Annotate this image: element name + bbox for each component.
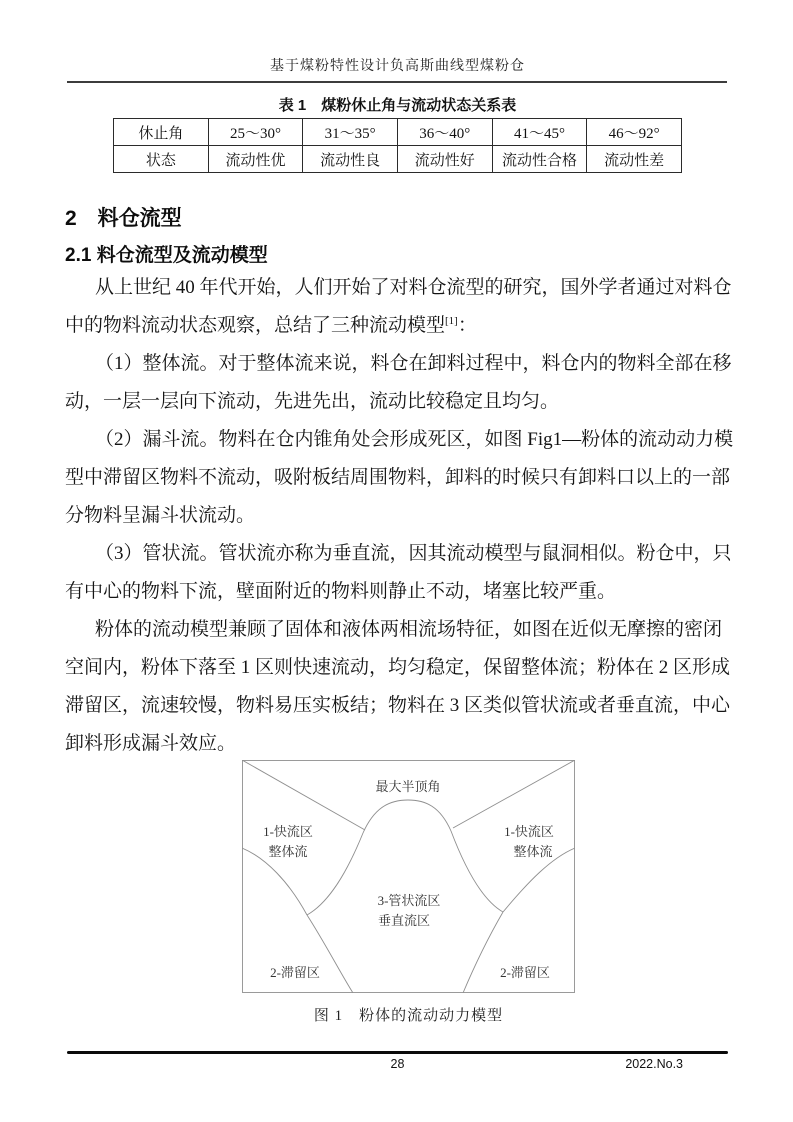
flow-model-svg: 最大半顶角 1-快流区 整体流 1-快流区 整体流 3-管状流区 垂直流区 2-… (242, 760, 575, 993)
zone1-left-label: 1-快流区 (263, 824, 313, 839)
body-line: 型中滞留区物料不流动，吸附板结周围物料，卸料的时候只有卸料口以上的一部 (65, 459, 745, 497)
body-line: 卸料形成漏斗效应。 (65, 725, 745, 763)
issue-label: 2022.No.3 (625, 1057, 683, 1071)
zone2-right-label: 2-滞留区 (500, 965, 550, 980)
body-line: （3）管状流。管状流亦称为垂直流，因其流动模型与鼠洞相似。粉仓中，只 (65, 535, 775, 573)
table-row: 状态 流动性优 流动性良 流动性好 流动性合格 流动性差 (114, 146, 682, 173)
zone3-sublabel: 垂直流区 (378, 913, 430, 928)
left-funnel-line (307, 915, 353, 993)
document-page: 基于煤粉特性设计负高斯曲线型煤粉仓 表 1 煤粉休止角与流动状态关系表 休止角 … (0, 0, 793, 1122)
body-line: 有中心的物料下流，壁面附近的物料则静止不动，堵塞比较严重。 (65, 573, 745, 611)
table-cell: 31～35° (303, 119, 398, 146)
footer-rule (67, 1051, 728, 1054)
section-heading-2: 2 料仓流型 (65, 202, 730, 232)
body-line: （1）整体流。对于整体流来说，料仓在卸料过程中，料仓内的物料全部在移 (65, 345, 775, 383)
body-line: 中的物料流动状态观察，总结了三种流动模型[1]： (65, 307, 745, 345)
body-line: 从上世纪 40 年代开始，人们开始了对料仓流型的研究，国外学者通过对料仓 (65, 269, 775, 307)
table1-title: 表 1 煤粉休止角与流动状态关系表 (65, 94, 730, 115)
table-cell: 休止角 (114, 119, 209, 146)
figure-border (243, 761, 575, 993)
apex-angle-label: 最大半顶角 (375, 779, 440, 794)
right-top-diagonal (453, 760, 575, 828)
zone1-right-label: 1-快流区 (504, 824, 554, 839)
table-cell: 36～40° (397, 119, 492, 146)
body-line: （2）漏斗流。物料在仓内锥角处会形成死区，如图 Fig1—粉体的流动动力模 (65, 421, 775, 459)
body-line: 分物料呈漏斗状流动。 (65, 497, 745, 535)
left-top-diagonal (242, 760, 365, 830)
table-cell: 41～45° (492, 119, 587, 146)
body-line: 粉体的流动模型兼顾了固体和液体两相流场特征，如图在近似无摩擦的密闭 (65, 611, 775, 649)
table-row: 休止角 25～30° 31～35° 36～40° 41～45° 46～92° (114, 119, 682, 146)
body-line: 空间内，粉体下落至 1 区则快速流动，均匀稳定，保留整体流；粉体在 2 区形成 (65, 649, 745, 687)
table-cell: 状态 (114, 146, 209, 173)
zone3-label: 3-管状流区 (378, 893, 441, 908)
table-cell: 46～92° (587, 119, 682, 146)
table-cell: 流动性良 (303, 146, 398, 173)
table-cell: 流动性好 (397, 146, 492, 173)
zone1-left-sublabel: 整体流 (268, 844, 307, 859)
section-heading-2-1: 2.1 料仓流型及流动模型 (65, 240, 730, 267)
zone1-right-sublabel: 整体流 (513, 844, 552, 859)
body-line: 滞留区，流速较慢，物料易压实板结；物料在 3 区类似管状流或者垂直流，中心 (65, 687, 745, 725)
body-text: ： (458, 315, 477, 336)
right-funnel-line (463, 912, 503, 993)
citation-ref: [1] (445, 315, 458, 327)
table-cell: 流动性优 (208, 146, 303, 173)
zone2-left-label: 2-滞留区 (270, 965, 320, 980)
figure1-flow-model-diagram: 最大半顶角 1-快流区 整体流 1-快流区 整体流 3-管状流区 垂直流区 2-… (242, 760, 575, 993)
table-cell: 流动性差 (587, 146, 682, 173)
running-head: 基于煤粉特性设计负高斯曲线型煤粉仓 (65, 55, 730, 75)
header-rule (67, 81, 727, 83)
table1: 休止角 25～30° 31～35° 36～40° 41～45° 46～92° 状… (113, 118, 682, 173)
body-line: 动，一层一层向下流动，先进先出，流动比较稳定且均匀。 (65, 383, 745, 421)
table-cell: 流动性合格 (492, 146, 587, 173)
figure1-caption: 图 1 粉体的流动动力模型 (222, 1004, 595, 1025)
table-cell: 25～30° (208, 119, 303, 146)
body-text: 中的物料流动状态观察，总结了三种流动模型 (65, 315, 445, 336)
